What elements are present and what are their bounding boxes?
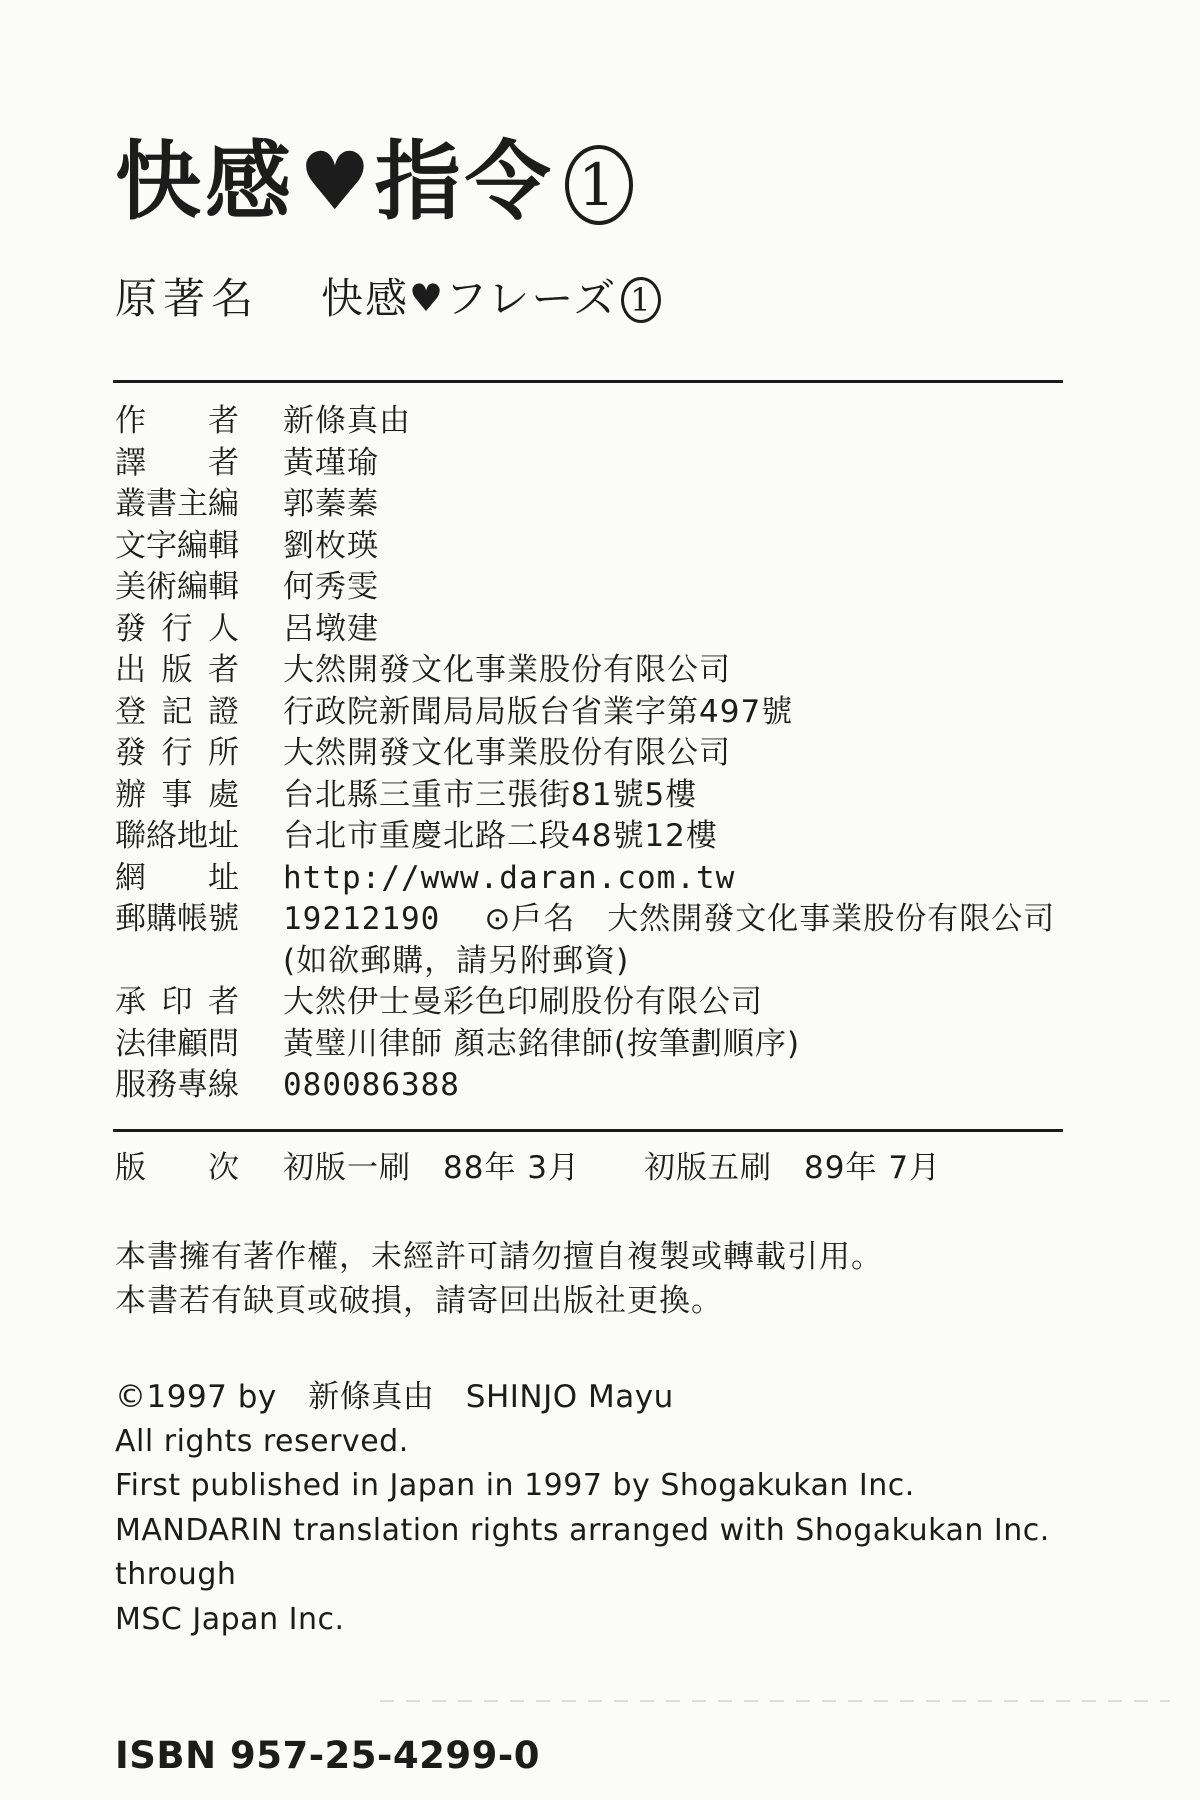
field-label: 服務專線: [115, 1065, 239, 1107]
field-label: 發行人: [115, 609, 239, 651]
table-row-website: 網址 http://www.daran.com.tw: [115, 858, 1080, 900]
scan-artifact: [380, 1700, 1170, 1702]
heart-icon: ♥: [409, 276, 445, 320]
copyright-line: MSC Japan Inc.: [115, 1598, 1080, 1643]
field-label: 文字編輯: [115, 526, 239, 568]
table-row-issuing-office: 發行所 大然開發文化事業股份有限公司: [115, 733, 1080, 775]
field-value: 行政院新聞局局版台省業字第497號: [283, 692, 793, 734]
table-row-text-editor: 文字編輯 劉枚瑛: [115, 526, 1080, 568]
table-row-postal-account: 郵購帳號 19212190 ⊙戶名 大然開發文化事業股份有限公司: [115, 899, 1080, 941]
table-row-series-editor: 叢書主編 郭蓁蓁: [115, 484, 1080, 526]
edition-value: 初版一刷 88年 3月 初版五刷 89年 7月: [283, 1148, 941, 1190]
volume-number: 1: [578, 135, 619, 235]
field-label: 出版者: [115, 650, 239, 692]
field-value: 大然開發文化事業股份有限公司: [283, 650, 731, 692]
field-value: 黃瑾瑜: [283, 443, 379, 485]
field-label: 網址: [115, 858, 239, 900]
field-label: 郵購帳號: [115, 899, 239, 941]
field-value: 劉枚瑛: [283, 526, 379, 568]
postal-note: (如欲郵購，請另附郵資): [283, 941, 629, 983]
field-label: 叢書主編: [115, 484, 239, 526]
title-text-left: 快感: [115, 132, 295, 232]
copyright-line: All rights reserved.: [115, 1420, 1080, 1465]
title-text-right: 指令: [375, 132, 555, 232]
field-label: 譯者: [115, 443, 239, 485]
table-row-postal-note: (如欲郵購，請另附郵資): [115, 941, 1080, 983]
copyright-notices: 本書擁有著作權，未經許可請勿擅自複製或轉載引用。 本書若有缺頁或破損，請寄回出版…: [115, 1235, 1080, 1323]
field-value: 黃璧川律師 顏志銘律師(按筆劃順序): [283, 1024, 800, 1066]
volume-1-badge: 1: [565, 145, 633, 225]
colophon-table: 作者 新條真由 譯者 黃瑾瑜 叢書主編 郭蓁蓁 文字編輯 劉枚瑛 美術編輯 何秀…: [115, 401, 1080, 1107]
field-label: 登記證: [115, 692, 239, 734]
table-row-contact-address: 聯絡地址 台北市重慶北路二段48號12樓: [115, 816, 1080, 858]
table-row-registration: 登記證 行政院新聞局局版台省業字第497號: [115, 692, 1080, 734]
field-label: 法律顧問: [115, 1024, 239, 1066]
volume-1-badge: 1: [621, 277, 661, 323]
table-row-publisher-person: 發行人 呂墩建: [115, 609, 1080, 651]
field-value: 新條真由: [283, 401, 411, 443]
field-label: 作者: [115, 401, 239, 443]
account-number: 19212190: [283, 899, 440, 941]
copyright-line: MANDARIN translation rights arranged wit…: [115, 1509, 1080, 1598]
notice-line: 本書擁有著作權，未經許可請勿擅自複製或轉載引用。: [115, 1235, 1080, 1279]
edition-row: 版次 初版一刷 88年 3月 初版五刷 89年 7月: [115, 1148, 1080, 1190]
field-value: 大然開發文化事業股份有限公司: [283, 733, 731, 775]
heart-icon: ♥: [299, 135, 371, 228]
field-label: 發行所: [115, 733, 239, 775]
account-holder: ⊙戶名 大然開發文化事業股份有限公司: [484, 899, 1055, 941]
divider-top: [113, 380, 1063, 383]
copyright-block: ©1997 by 新條真由 SHINJO Mayu All rights res…: [115, 1375, 1080, 1642]
field-label: 版次: [115, 1148, 239, 1190]
field-label: 承印者: [115, 982, 239, 1024]
table-row-printer: 承印者 大然伊士曼彩色印刷股份有限公司: [115, 982, 1080, 1024]
table-row-legal-advisor: 法律顧問 黃璧川律師 顏志銘律師(按筆劃順序): [115, 1024, 1080, 1066]
website-url: http://www.daran.com.tw: [283, 858, 735, 900]
copyright-line: First published in Japan in 1997 by Shog…: [115, 1464, 1080, 1509]
book-title: 快感♥指令1: [115, 132, 1080, 232]
field-label: 辦事處: [115, 775, 239, 817]
copyright-line: ©1997 by 新條真由 SHINJO Mayu: [115, 1375, 1080, 1420]
original-title-label: 原著名: [115, 274, 259, 323]
divider-bottom: [113, 1129, 1063, 1132]
field-value: 郭蓁蓁: [283, 484, 379, 526]
colophon-page: 快感♥指令1 原著名快感♥フレーズ1 作者 新條真由 譯者 黃瑾瑜 叢書主編 郭…: [0, 0, 1200, 1800]
table-row-publishing-company: 出版者 大然開發文化事業股份有限公司: [115, 650, 1080, 692]
field-label: 聯絡地址: [115, 816, 239, 858]
table-row-art-editor: 美術編輯 何秀雯: [115, 567, 1080, 609]
field-value: 大然伊士曼彩色印刷股份有限公司: [283, 982, 763, 1024]
field-value: 台北市重慶北路二段48號12樓: [283, 816, 718, 858]
field-value: 何秀雯: [283, 567, 379, 609]
isbn-text: ISBN 957-25-4299-0: [115, 1734, 1080, 1777]
original-title-row: 原著名快感♥フレーズ1: [115, 266, 1080, 326]
table-row-office-address: 辦事處 台北縣三重市三張街81號5樓: [115, 775, 1080, 817]
field-label: 美術編輯: [115, 567, 239, 609]
service-phone: 080086388: [283, 1065, 460, 1107]
table-row-translator: 譯者 黃瑾瑜: [115, 443, 1080, 485]
table-row-service-line: 服務專線 080086388: [115, 1065, 1080, 1107]
field-value: 台北縣三重市三張街81號5樓: [283, 775, 697, 817]
table-row-author: 作者 新條真由: [115, 401, 1080, 443]
notice-line: 本書若有缺頁或破損，請寄回出版社更換。: [115, 1279, 1080, 1323]
field-value: 呂墩建: [283, 609, 379, 651]
original-title-value: 快感♥フレーズ1: [321, 274, 661, 323]
